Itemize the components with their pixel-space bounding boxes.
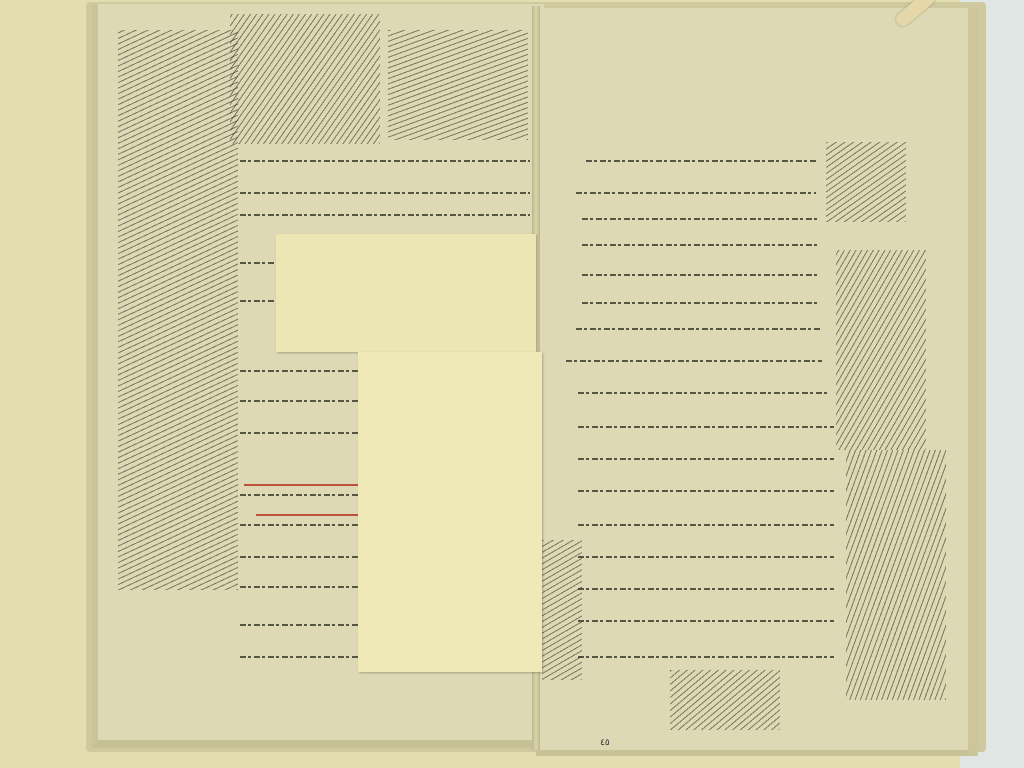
text-line — [240, 400, 358, 402]
text-line — [578, 490, 834, 492]
text-line — [578, 656, 834, 658]
text-line — [578, 458, 834, 460]
text-line — [240, 494, 358, 496]
text-line — [240, 160, 530, 162]
right-margin-annotations — [836, 250, 926, 450]
left-margin-annotations — [118, 30, 238, 590]
top-right-margin-annotations — [388, 30, 528, 140]
text-line — [240, 262, 274, 264]
text-line — [240, 432, 358, 434]
text-line — [240, 586, 358, 588]
text-line — [240, 192, 530, 194]
text-line — [578, 392, 828, 394]
inserted-paper-slip — [358, 352, 542, 672]
folio-mark: ٤٥ — [600, 738, 610, 748]
inserted-paper-slip — [276, 234, 536, 352]
text-line — [578, 556, 834, 558]
text-line — [240, 370, 358, 372]
text-line — [586, 160, 816, 162]
text-line — [582, 244, 818, 246]
right-margin-annotations — [826, 142, 906, 222]
text-line — [576, 192, 816, 194]
text-line — [240, 624, 358, 626]
text-line — [578, 524, 834, 526]
text-line — [240, 656, 358, 658]
text-line — [240, 300, 274, 302]
rubric-line — [244, 484, 358, 486]
text-line — [240, 214, 530, 216]
text-line — [582, 302, 818, 304]
text-line — [240, 556, 358, 558]
text-line — [240, 524, 358, 526]
rubric-line — [256, 514, 358, 516]
text-line — [582, 218, 818, 220]
text-line — [578, 426, 834, 428]
text-line — [576, 328, 822, 330]
bottom-margin-annotations — [670, 670, 780, 730]
text-line — [582, 274, 818, 276]
right-margin-annotations — [846, 450, 946, 700]
text-line — [566, 360, 822, 362]
top-margin-annotations — [230, 14, 380, 144]
text-line — [578, 620, 834, 622]
text-line — [578, 588, 834, 590]
left-margin-annotations-right-page — [542, 540, 582, 680]
